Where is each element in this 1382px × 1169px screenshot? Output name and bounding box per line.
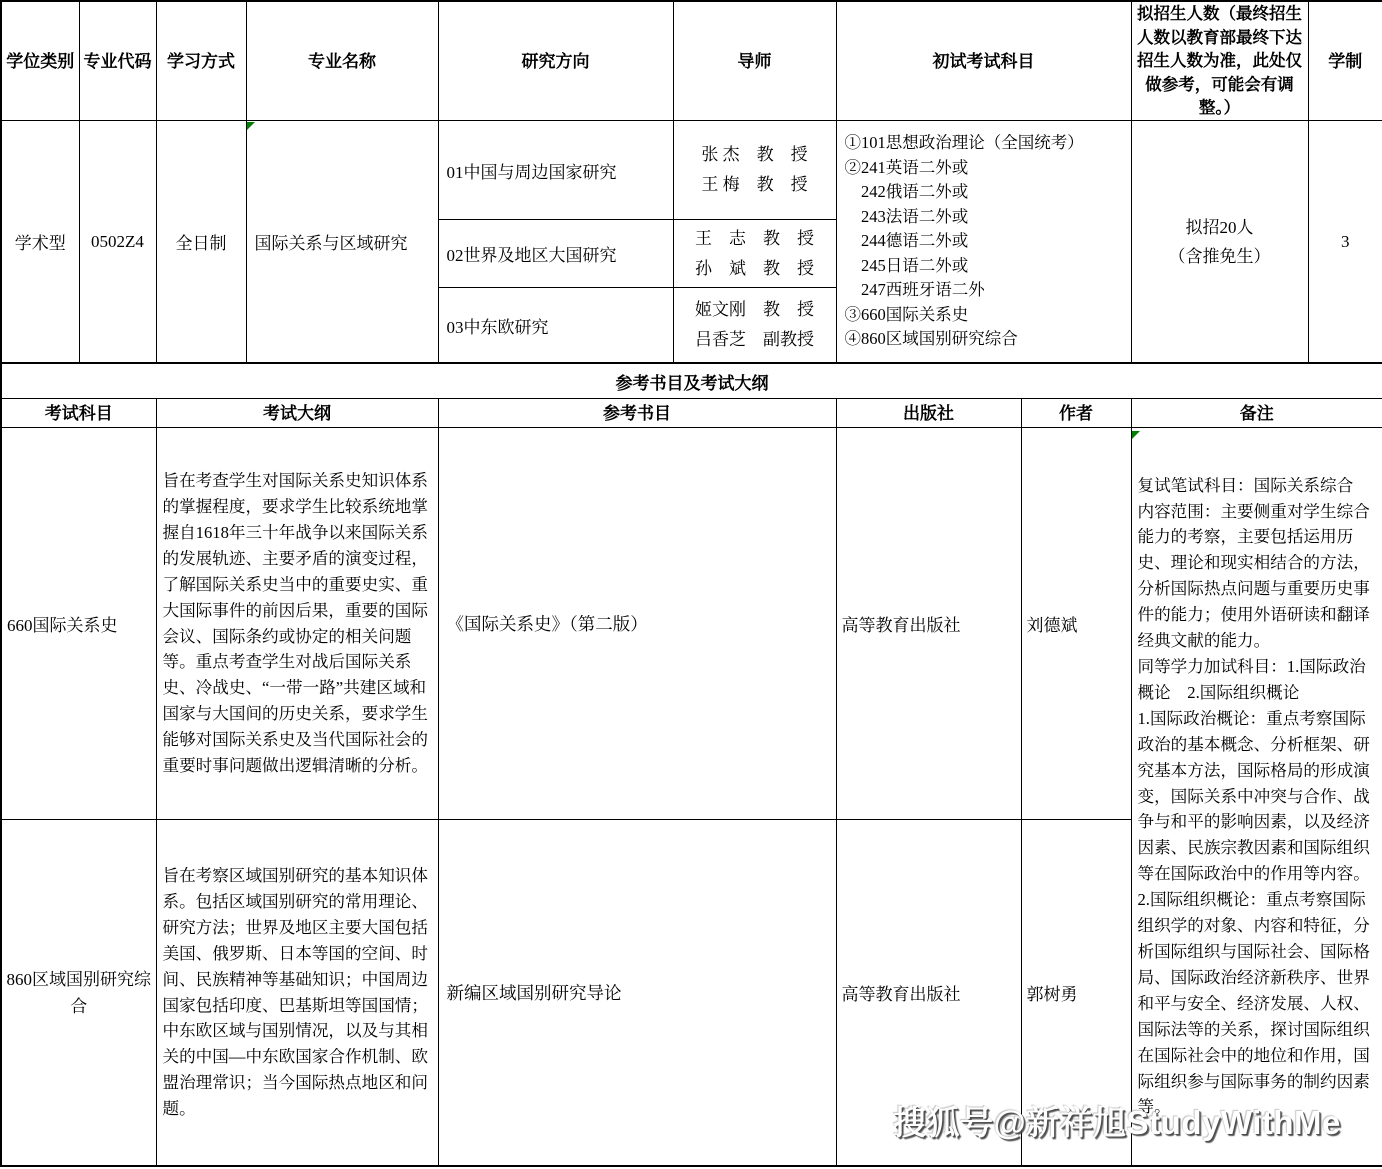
header-reference-book: 参考书目 <box>438 399 836 428</box>
header-author: 作者 <box>1021 399 1131 428</box>
watermark: 搜狐号@新祥旭StudyWithMe <box>893 1097 1382 1144</box>
header-major-name: 专业名称 <box>246 1 438 121</box>
cell-book-660: 《国际关系史》（第二版） <box>438 428 836 820</box>
cell-exam-subjects: ①101思想政治理论（全国统考） ②241英语二外或 242俄语二外或 243法… <box>836 121 1131 364</box>
header-publisher: 出版社 <box>836 399 1021 428</box>
cell-degree-type: 学术型 <box>1 121 79 364</box>
header-enrollment: 拟招生人数（最终招生人数以教育部最终下达招生人数为准，此处仅做参考，可能会有调整… <box>1131 1 1308 121</box>
header-supervisor: 导师 <box>673 1 836 121</box>
cell-subject-660: 660国际关系史 <box>1 428 156 820</box>
cell-flag-marker-icon <box>247 122 255 130</box>
cell-book-860: 新编区域国别研究导论 <box>438 820 836 1167</box>
cell-subject-860: 860区域国别研究综合 <box>1 820 156 1167</box>
header-duration: 学制 <box>1308 1 1382 121</box>
header-exam-outline: 考试大纲 <box>156 399 438 428</box>
admissions-table: 学位类别 专业代码 学习方式 专业名称 研究方向 导师 初试考试科目 拟招生人数… <box>0 0 1382 364</box>
reference-books-table: 参考书目及考试大纲 考试科目 考试大纲 参考书目 出版社 作者 备注 660国际… <box>0 362 1382 1167</box>
admissions-header-row: 学位类别 专业代码 学习方式 专业名称 研究方向 导师 初试考试科目 拟招生人数… <box>1 1 1382 121</box>
header-exam-subjects: 初试考试科目 <box>836 1 1131 121</box>
section-banner: 参考书目及考试大纲 <box>1 363 1382 399</box>
cell-direction-03: 03中东欧研究 <box>438 288 673 364</box>
cell-notes: 复试笔试科目：国际关系综合 内容范围：主要侧重对学生综合能力的考察，主要包括运用… <box>1131 428 1382 1167</box>
header-exam-subject: 考试科目 <box>1 399 156 428</box>
header-major-code: 专业代码 <box>79 1 156 121</box>
header-notes: 备注 <box>1131 399 1382 428</box>
reference-header-row: 考试科目 考试大纲 参考书目 出版社 作者 备注 <box>1 399 1382 428</box>
cell-flag-marker-icon <box>1132 431 1140 439</box>
header-degree-type: 学位类别 <box>1 1 79 121</box>
row-subject-660: 660国际关系史 旨在考查学生对国际关系史知识体系的掌握程度，要求学生比较系统地… <box>1 428 1382 820</box>
section-banner-row: 参考书目及考试大纲 <box>1 363 1382 399</box>
cell-major-name: 国际关系与区域研究 <box>246 121 438 364</box>
direction-row-01: 学术型 0502Z4 全日制 国际关系与区域研究 01中国与周边国家研究 张 杰… <box>1 121 1382 220</box>
cell-supervisors-02: 王 志 教 授 孙 斌 教 授 <box>673 220 836 288</box>
header-study-mode: 学习方式 <box>156 1 246 121</box>
cell-duration: 3 <box>1308 121 1382 364</box>
cell-outline-660: 旨在考查学生对国际关系史知识体系的掌握程度，要求学生比较系统地掌握自1618年三… <box>156 428 438 820</box>
cell-publisher-660: 高等教育出版社 <box>836 428 1021 820</box>
cell-study-mode: 全日制 <box>156 121 246 364</box>
header-direction: 研究方向 <box>438 1 673 121</box>
cell-major-code: 0502Z4 <box>79 121 156 364</box>
cell-supervisors-01: 张 杰 教 授 王 梅 教 授 <box>673 121 836 220</box>
cell-direction-01: 01中国与周边国家研究 <box>438 121 673 220</box>
cell-author-660: 刘德斌 <box>1021 428 1131 820</box>
cell-direction-02: 02世界及地区大国研究 <box>438 220 673 288</box>
cell-outline-860: 旨在考察区域国别研究的基本知识体系。包括区域国别研究的常用理论、研究方法；世界及… <box>156 820 438 1167</box>
cell-supervisors-03: 姬文刚 教 授 吕香芝 副教授 <box>673 288 836 364</box>
cell-enrollment: 拟招20人 （含推免生） <box>1131 121 1308 364</box>
